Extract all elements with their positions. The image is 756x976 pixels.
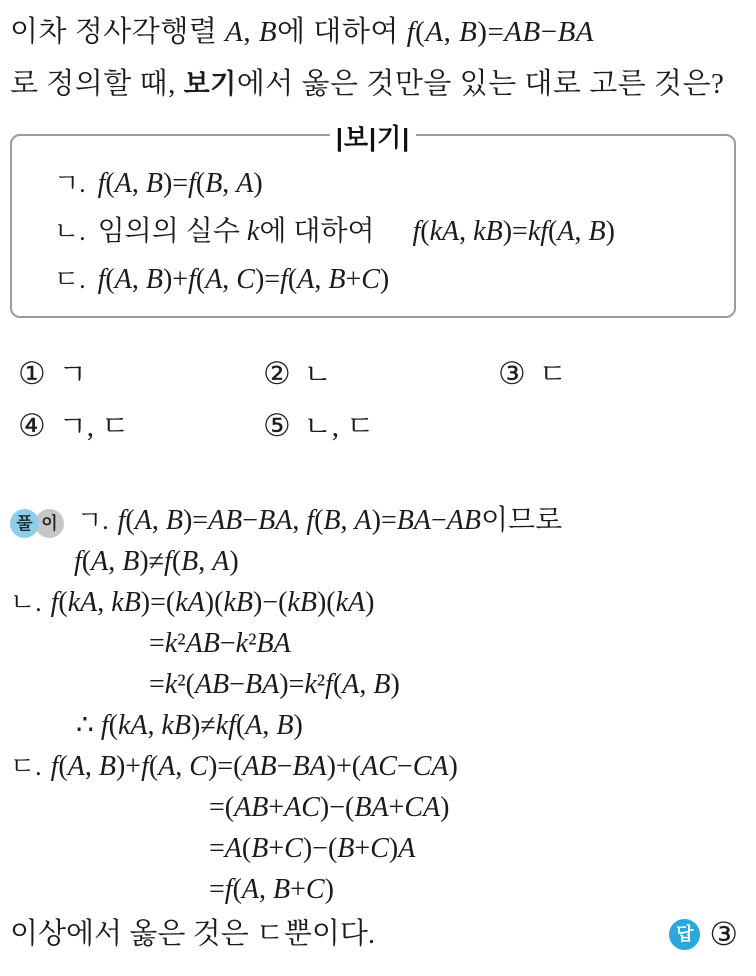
solution-line-4: =k²AB−k²BA [10,623,748,664]
problem-line-1: 이차 정사각행렬 A, B에 대하여 f(A, B)=AB−BA [10,6,748,58]
solution-line-3-marker: ㄴ. [10,588,42,617]
solution-line-6: ∴ f(kA, kB)≠kf(A, B) [10,705,748,746]
solution-badge-left-circle: 풀 [10,509,39,538]
answer-number: ③ [709,912,738,956]
solution-line-2-math: f(A, B)≠f(B, A) [74,546,239,577]
solution-line-8-math: =(AB+AC)−(BA+CA) [209,792,450,823]
solution-line-8: =(AB+AC)−(BA+CA) [10,787,748,828]
solution-line-9: =A(B+C)−(B+C)A [10,828,748,869]
solution-line-9-math: =A(B+C)−(B+C)A [209,833,415,864]
conclusion-row: 이상에서 옳은 것은 ㄷ뿐이다. 답 ③ [10,912,738,956]
problem-line-2-post: 에서 옳은 것만을 있는 대로 고른 것은? [237,68,725,100]
problem-line-2-pre: 로 정의할 때, [10,68,184,100]
example-item-1-marker: ㄱ. [54,169,86,198]
example-item-3-text: f(A, B)+f(A, C)=f(A, B+C) [98,264,390,295]
choice-1-number: ① [18,356,46,392]
bogi-keyword: 보기 [184,69,237,99]
solution-line-4-math: =k²AB−k²BA [149,628,291,659]
example-item-2: ㄴ.임의의 실수 k에 대하여f(kA, kB)=kf(A, B) [54,208,724,256]
example-item-3: ㄷ.f(A, B)+f(A, C)=f(A, B+C) [54,256,724,304]
example-item-2-pretext: 임의의 실수 k에 대하여 [98,216,375,247]
example-item-2-text: f(kA, kB)=kf(A, B) [413,216,615,247]
solution-line-7-math: f(A, B)+f(A, C)=(AB−BA)+(AC−CA) [51,751,458,782]
solution-line-6-math: ∴ f(kA, kB)≠kf(A, B) [76,710,303,741]
choice-4-label: ㄱ, ㄷ [59,411,130,443]
solution-badge-right-circle: 이 [35,509,64,538]
answer: 답 ③ [669,912,738,956]
answer-badge: 답 [669,919,700,950]
example-box: |보|기| ㄱ.f(A, B)=f(B, A) ㄴ.임의의 실수 k에 대하여f… [10,134,736,318]
choice-5-number: ⑤ [263,408,291,444]
solution-line-10-math: =f(A, B+C) [209,874,334,905]
problem-line-2: 로 정의할 때, 보기에서 옳은 것만을 있는 대로 고른 것은? [10,58,748,110]
choice-4: ④ㄱ, ㄷ [18,404,129,445]
solution-badge: 풀 이 [10,509,64,538]
choice-1-label: ㄱ [59,359,87,391]
math-problem-page: 이차 정사각행렬 A, B에 대하여 f(A, B)=AB−BA 로 정의할 때… [0,0,756,976]
example-box-title: |보|기| [330,118,416,154]
solution-line-1-math: f(A, B)=AB−BA, f(B, A)=BA−AB이므로 [118,505,563,536]
choice-1: ①ㄱ [18,352,87,393]
choice-5-label: ㄴ, ㄷ [304,411,375,443]
choices: ①ㄱ ②ㄴ ③ㄷ ④ㄱ, ㄷ ⑤ㄴ, ㄷ [10,352,748,446]
example-item-1-text: f(A, B)=f(B, A) [98,168,263,199]
solution-line-5-math: =k²(AB−BA)=k²f(A, B) [149,669,400,700]
choice-2-label: ㄴ [304,359,332,391]
solution-line-7-marker: ㄷ. [10,752,42,781]
solution-line-3-math: f(kA, kB)=(kA)(kB)−(kB)(kA) [51,587,375,618]
choice-2-number: ② [263,356,291,392]
solution-section: 풀 이 ㄱ.f(A, B)=AB−BA, f(B, A)=BA−AB이므로 f(… [10,500,748,910]
example-item-2-marker: ㄴ. [54,217,86,246]
choice-3-number: ③ [498,356,526,392]
problem-statement: 이차 정사각행렬 A, B에 대하여 f(A, B)=AB−BA 로 정의할 때… [10,6,748,110]
choice-3-label: ㄷ [539,359,567,391]
choice-2: ②ㄴ [263,352,332,393]
choice-3: ③ㄷ [498,352,567,393]
example-item-3-marker: ㄷ. [54,265,86,294]
solution-line-3: ㄴ.f(kA, kB)=(kA)(kB)−(kB)(kA) [10,582,748,623]
solution-line-5: =k²(AB−BA)=k²f(A, B) [10,664,748,705]
solution-line-10: =f(A, B+C) [10,869,748,910]
example-item-1: ㄱ.f(A, B)=f(B, A) [54,160,724,208]
solution-line-2: f(A, B)≠f(B, A) [10,541,748,582]
conclusion-text: 이상에서 옳은 것은 ㄷ뿐이다. [10,912,375,956]
solution-line-7: ㄷ.f(A, B)+f(A, C)=(AB−BA)+(AC−CA) [10,746,748,787]
solution-line-1-marker: ㄱ. [77,506,109,535]
choice-5: ⑤ㄴ, ㄷ [263,404,374,445]
choice-4-number: ④ [18,408,46,444]
solution-line-1: 풀 이 ㄱ.f(A, B)=AB−BA, f(B, A)=BA−AB이므로 [10,500,748,541]
